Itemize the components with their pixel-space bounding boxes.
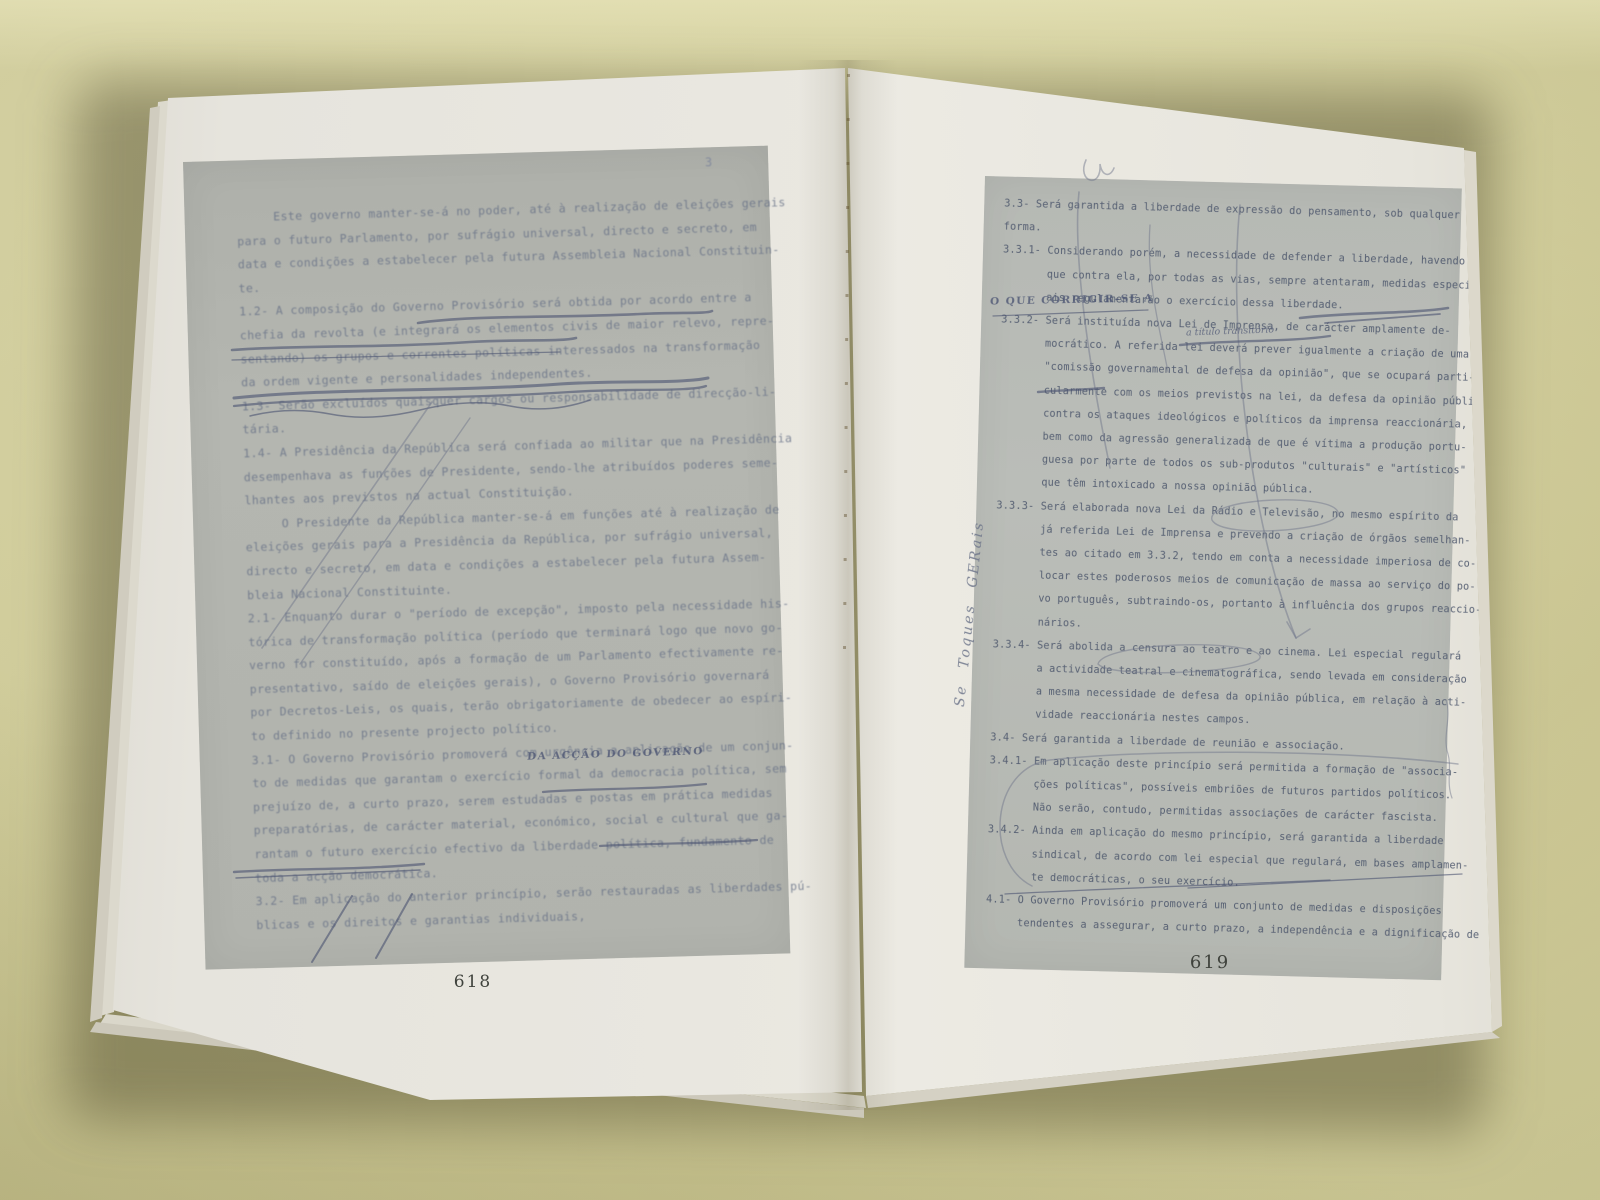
photo-scene: 3 Este governo manter-se-á no poder, até… <box>0 0 1600 1200</box>
photo-vignette <box>0 0 1600 1200</box>
